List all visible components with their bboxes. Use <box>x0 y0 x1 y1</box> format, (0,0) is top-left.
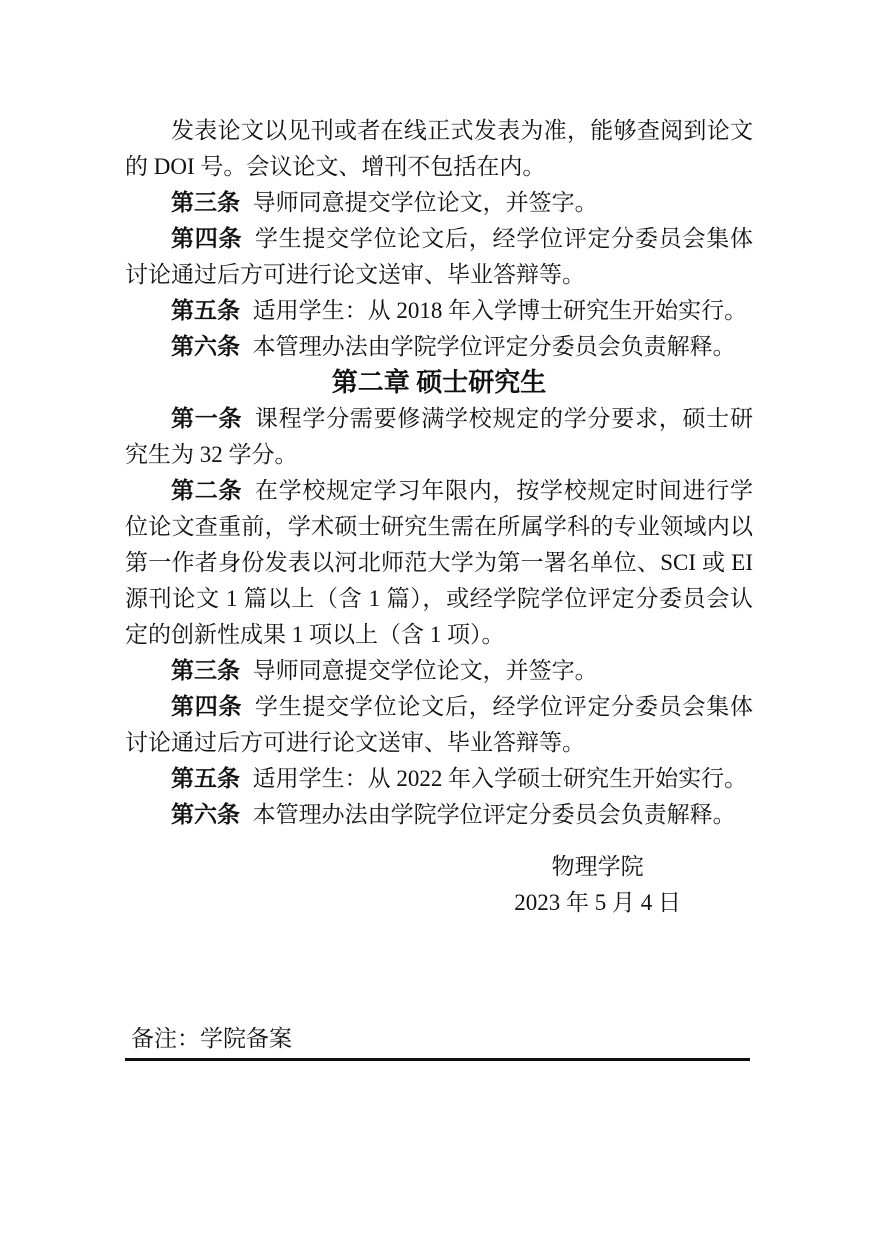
ch2-article-2: 第二条在学校规定学习年限内，按学校规定时间进行学位论文查重前，学术硕士研究生需在… <box>125 473 753 653</box>
document-page: 发表论文以见刊或者在线正式发表为准，能够查阅到论文的 DOI 号。会议论文、增刊… <box>0 0 880 1245</box>
article-text: 在学校规定学习年限内，按学校规定时间进行学位论文查重前，学术硕士研究生需在所属学… <box>125 478 753 647</box>
chapter2-heading: 第二章 硕士研究生 <box>125 365 753 401</box>
ch2-article-3: 第三条导师同意提交学位论文，并签字。 <box>125 653 753 689</box>
signature-block: 物理学院 2023 年 5 月 4 日 <box>514 849 681 921</box>
ch2-article-6: 第六条本管理办法由学院学位评定分委员会负责解释。 <box>125 797 753 833</box>
article-text: 导师同意提交学位论文，并签字。 <box>253 190 598 215</box>
footnote-label: 备注：学院备案 <box>125 1022 750 1056</box>
ch1-article-4: 第四条学生提交学位论文后，经学位评定分委员会集体讨论通过后方可进行论文送审、毕业… <box>125 221 753 293</box>
article-label: 第四条 <box>171 694 242 719</box>
document-body: 发表论文以见刊或者在线正式发表为准，能够查阅到论文的 DOI 号。会议论文、增刊… <box>125 113 753 921</box>
ch1-article-6: 第六条本管理办法由学院学位评定分委员会负责解释。 <box>125 329 753 365</box>
article-text: 导师同意提交学位论文，并签字。 <box>253 658 598 683</box>
article-label: 第一条 <box>171 406 242 431</box>
signature-date: 2023 年 5 月 4 日 <box>514 885 681 921</box>
footnote: 备注：学院备案 <box>125 1022 750 1061</box>
article-label: 第四条 <box>171 226 242 251</box>
article-text: 本管理办法由学院学位评定分委员会负责解释。 <box>253 334 736 359</box>
article-label: 第六条 <box>171 802 240 827</box>
article-label: 第二条 <box>171 478 242 503</box>
article-label: 第六条 <box>171 334 240 359</box>
ch1-article-3: 第三条导师同意提交学位论文，并签字。 <box>125 185 753 221</box>
article-label: 第五条 <box>171 298 240 323</box>
article-label: 第三条 <box>171 190 240 215</box>
signature-organization: 物理学院 <box>514 849 681 885</box>
article-text: 适用学生：从 2018 年入学博士研究生开始实行。 <box>253 298 748 323</box>
ch2-article-5: 第五条适用学生：从 2022 年入学硕士研究生开始实行。 <box>125 761 753 797</box>
ch2-article-4: 第四条学生提交学位论文后，经学位评定分委员会集体讨论通过后方可进行论文送审、毕业… <box>125 689 753 761</box>
article-label: 第三条 <box>171 658 240 683</box>
ch2-article-1: 第一条课程学分需要修满学校规定的学分要求，硕士研究生为 32 学分。 <box>125 401 753 473</box>
article-label: 第五条 <box>171 766 240 791</box>
ch1-article-5: 第五条适用学生：从 2018 年入学博士研究生开始实行。 <box>125 293 753 329</box>
article-text: 适用学生：从 2022 年入学硕士研究生开始实行。 <box>253 766 748 791</box>
intro-paragraph: 发表论文以见刊或者在线正式发表为准，能够查阅到论文的 DOI 号。会议论文、增刊… <box>125 113 753 185</box>
article-text: 本管理办法由学院学位评定分委员会负责解释。 <box>253 802 736 827</box>
footnote-rule <box>125 1058 750 1061</box>
